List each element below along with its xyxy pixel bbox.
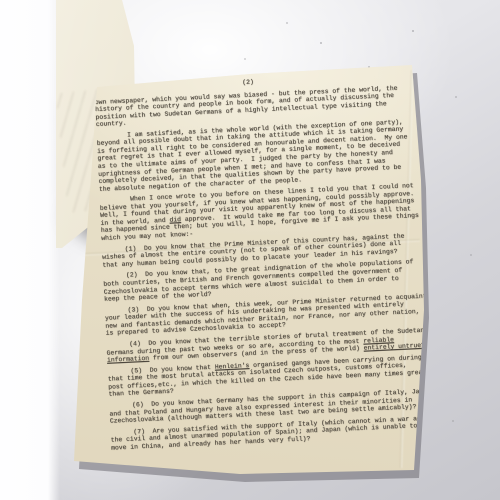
- dust-specks: [0, 0, 2, 2]
- underlined-text: information: [107, 355, 149, 364]
- letter-body: (2) own newspaper, which you would say w…: [94, 71, 433, 452]
- underlined-text: entirely untrue?: [363, 342, 425, 352]
- letter-paragraphs: own newspaper, which you would say was b…: [95, 83, 433, 452]
- letter-paragraph: I am satisfied, as is the whole world (w…: [96, 118, 420, 193]
- text-segment: country.: [96, 120, 127, 128]
- background-white-strip: [0, 0, 60, 500]
- text-segment: than the Germans?: [108, 388, 173, 398]
- letter-photograph: (2) own newspaper, which you would say w…: [0, 0, 500, 500]
